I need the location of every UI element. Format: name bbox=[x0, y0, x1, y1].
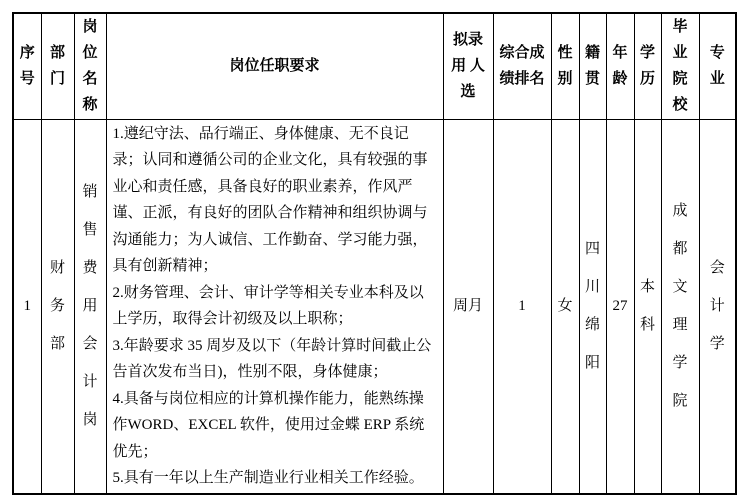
cell-department: 财 务 部 bbox=[41, 119, 74, 494]
cell-age: 27 bbox=[606, 119, 634, 494]
table-row: 1 财 务 部 销 售 费 用 会 计 岗 1.遵纪守法、品行端正、身体健康、无… bbox=[13, 119, 736, 494]
header-row: 序 号 部 门 岗 位 名 称 岗位任职要求 拟录 用 人 选 综合成 绩排名 … bbox=[13, 13, 736, 119]
cell-education: 本 科 bbox=[634, 119, 661, 494]
header-education: 学 历 bbox=[634, 13, 661, 119]
cell-school: 成 都 文 理 学 院 bbox=[661, 119, 699, 494]
cell-candidate: 周月 bbox=[443, 119, 493, 494]
recruitment-table: 序 号 部 门 岗 位 名 称 岗位任职要求 拟录 用 人 选 综合成 绩排名 … bbox=[12, 12, 737, 495]
header-department: 部 门 bbox=[41, 13, 74, 119]
cell-requirements: 1.遵纪守法、品行端正、身体健康、无不良记录；认同和遵循公司的企业文化，具有较强… bbox=[106, 119, 443, 494]
header-major: 专 业 bbox=[699, 13, 736, 119]
cell-seq: 1 bbox=[13, 119, 41, 494]
header-seq: 序 号 bbox=[13, 13, 41, 119]
header-hometown: 籍 贯 bbox=[579, 13, 606, 119]
header-position: 岗 位 名 称 bbox=[74, 13, 106, 119]
header-requirements: 岗位任职要求 bbox=[106, 13, 443, 119]
header-school: 毕 业 院 校 bbox=[661, 13, 699, 119]
cell-rank: 1 bbox=[493, 119, 551, 494]
header-candidate: 拟录 用 人 选 bbox=[443, 13, 493, 119]
header-gender: 性 别 bbox=[551, 13, 579, 119]
header-age: 年 龄 bbox=[606, 13, 634, 119]
cell-gender: 女 bbox=[551, 119, 579, 494]
header-rank: 综合成 绩排名 bbox=[493, 13, 551, 119]
cell-position: 销 售 费 用 会 计 岗 bbox=[74, 119, 106, 494]
cell-hometown: 四 川 绵 阳 bbox=[579, 119, 606, 494]
cell-major: 会 计 学 bbox=[699, 119, 736, 494]
